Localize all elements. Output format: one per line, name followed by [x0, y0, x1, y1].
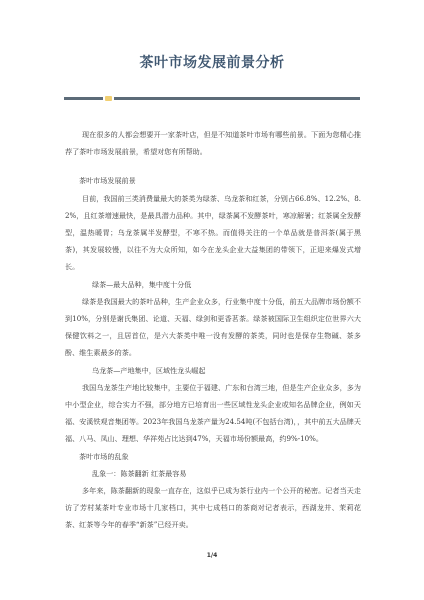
page-number: 1/4	[0, 552, 424, 559]
document-title: 茶叶市场发展前景分析	[0, 52, 424, 72]
divider-segment-left	[64, 97, 103, 100]
subheading-green-tea: 绿茶—最大品种，集中度十分低	[65, 276, 361, 293]
divider-segment-right	[114, 97, 360, 100]
subheading-oolong-tea: 乌龙茶—产地集中，区域性龙头崛起	[65, 362, 361, 379]
paragraph-oolong-tea: 我国乌龙茶生产地比较集中，主要位于福建、广东和台湾三地，但是生产企业众多，多为中…	[65, 379, 361, 448]
paragraph-old-tea-renewal: 多年来，陈茶翻新的现象一直存在，这似乎已成为茶行业内一个公开的秘密。记者当天走访…	[65, 482, 361, 534]
section-heading-chaos: 茶叶市场的乱象	[65, 448, 361, 465]
document-body: 现在很多的人都会想要开一家茶叶店，但是不知道茶叶市场有哪些前景。下面为您精心推荐…	[65, 126, 361, 534]
subheading-old-tea-renewal: 乱象一：陈茶翻新 红茶最容易	[65, 465, 361, 482]
paragraph-tea-consumption: 目前，我国前三类消费量最大的茶类为绿茶、乌龙茶和红茶，分别占66.8%、12.2…	[65, 190, 361, 276]
paragraph-green-tea: 绿茶是我国最大的茶叶品种，生产企业众多，行业集中度十分低，前五大品牌市场份额不到…	[65, 293, 361, 362]
divider-accent-icon	[105, 96, 112, 101]
section-heading-prospects: 茶叶市场发展前景	[65, 172, 361, 189]
intro-paragraph: 现在很多的人都会想要开一家茶叶店，但是不知道茶叶市场有哪些前景。下面为您精心推荐…	[65, 126, 361, 160]
